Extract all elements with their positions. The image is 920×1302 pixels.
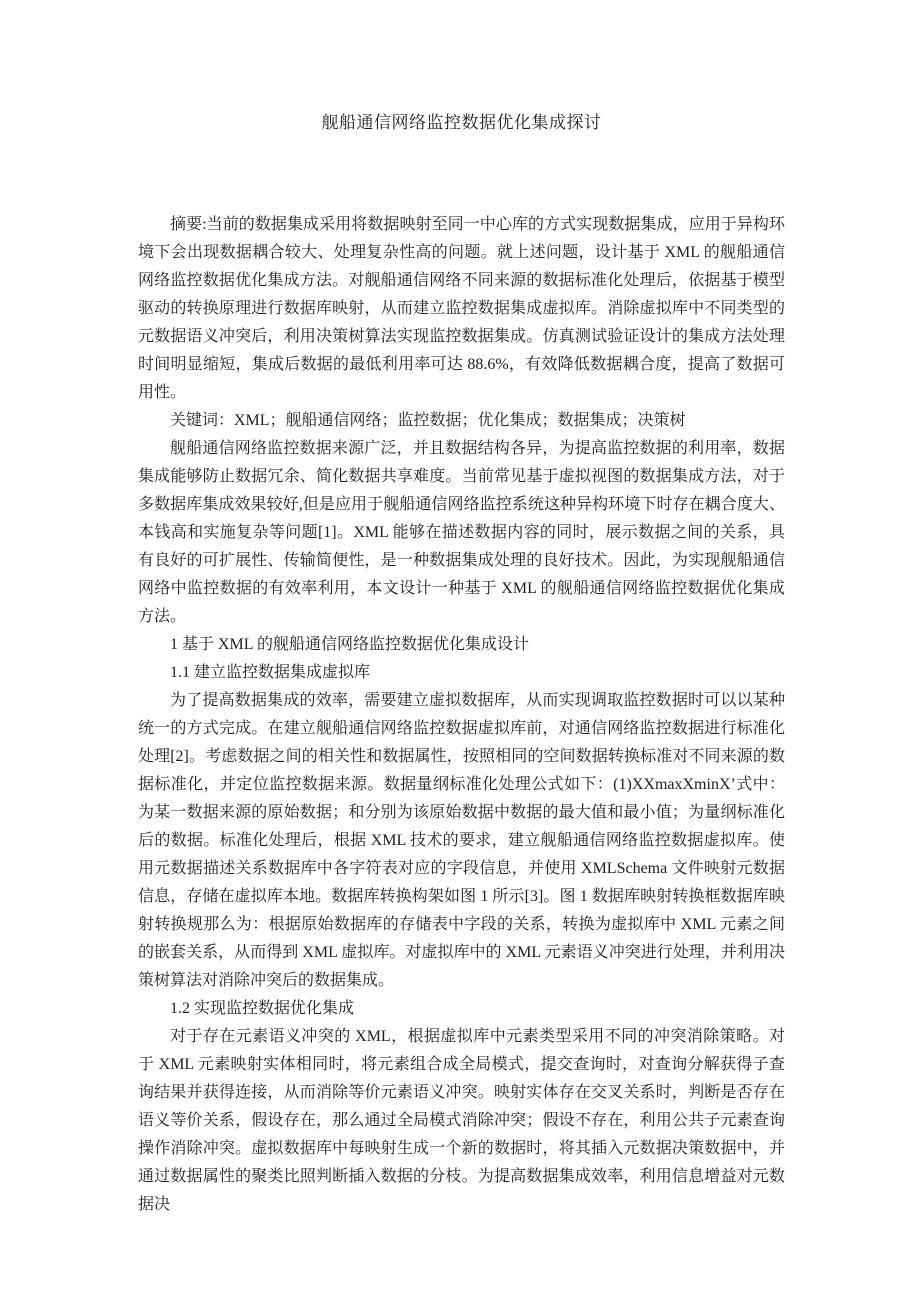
document-page: 舰船通信网络监控数据优化集成探讨 摘要:当前的数据集成采用将数据映射至同一中心库… [0, 0, 920, 1302]
keywords-line: 关键词：XML；舰船通信网络；监控数据；优化集成；数据集成；决策树 [138, 407, 785, 435]
section-1-2-heading: 1.2 实现监控数据优化集成 [138, 995, 785, 1023]
document-title: 舰船通信网络监控数据优化集成探讨 [138, 109, 785, 137]
section-1-1-heading: 1.1 建立监控数据集成虚拟库 [138, 659, 785, 687]
section-1-heading: 1 基于 XML 的舰船通信网络监控数据优化集成设计 [138, 631, 785, 659]
section-1-1-body: 为了提高数据集成的效率，需要建立虚拟数据库，从而实现调取监控数据时可以以某种统一… [138, 687, 785, 995]
section-1-2-body: 对于存在元素语义冲突的 XML，根据虚拟库中元素类型采用不同的冲突消除策略。对于… [138, 1023, 785, 1219]
introduction-paragraph: 舰船通信网络监控数据来源广泛，并且数据结构各异，为提高监控数据的利用率，数据集成… [138, 435, 785, 631]
abstract-paragraph: 摘要:当前的数据集成采用将数据映射至同一中心库的方式实现数据集成，应用于异构环境… [138, 211, 785, 407]
